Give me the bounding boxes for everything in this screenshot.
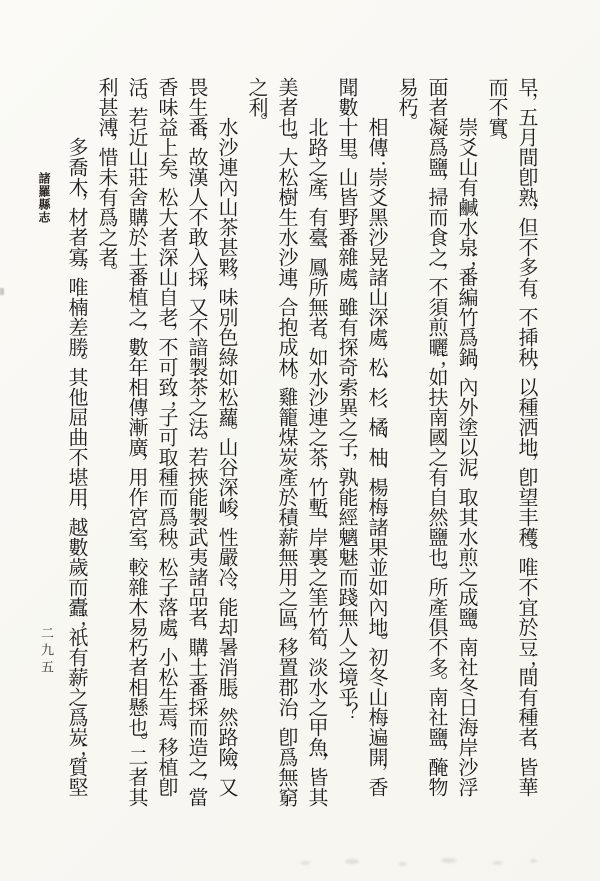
punctuation: ， [305, 642, 329, 662]
punctuation: ， [515, 362, 539, 382]
punctuation: 。 [215, 422, 239, 442]
punctuation: 。 [335, 152, 359, 172]
punctuation: 。 [155, 172, 179, 192]
punctuation: ； [155, 392, 179, 412]
punctuation: ， [305, 752, 329, 772]
punctuation: 。 [425, 672, 449, 692]
punctuation: 、 [305, 242, 329, 262]
punctuation: ， [125, 322, 149, 342]
punctuation: ， [515, 742, 539, 762]
paragraph-6: 多喬木，材者寡，唯楠差勝。其他屈曲不堪用，越數歲而蠹；祇有薪之爲炭；質堅 [62, 77, 92, 807]
punctuation: 。 [455, 622, 479, 642]
book-title: 諸羅縣志 [36, 172, 53, 224]
paragraph-3: 相傳：崇爻黑沙晃諸山深處，松、杉、橘、柚、楊梅諸果並如內地。初冬山梅遍開，香聞數… [332, 77, 392, 807]
punctuation: ： [365, 152, 389, 172]
punctuation: ， [185, 622, 209, 642]
punctuation: ， [95, 132, 119, 152]
paragraph-4: 北路之產，有臺、鳳所無者。如水沙連之茶，竹塹、岸裏之筀竹筍，淡水之甲魚，皆其美者… [242, 77, 332, 807]
punctuation: ， [215, 272, 239, 292]
punctuation: 、 [365, 432, 389, 452]
scan-artifact [398, 862, 407, 866]
punctuation: ， [305, 192, 329, 212]
punctuation: ， [425, 262, 449, 282]
punctuation: ， [515, 202, 539, 222]
punctuation: 、 [365, 462, 389, 482]
punctuation: ， [215, 512, 239, 532]
punctuation: ， [455, 472, 479, 492]
punctuation: ， [125, 542, 149, 562]
punctuation: 。 [425, 562, 449, 582]
punctuation: 。 [275, 132, 299, 152]
punctuation: 。 [155, 542, 179, 562]
punctuation: ， [425, 742, 449, 762]
punctuation: ， [65, 262, 89, 282]
punctuation: ， [365, 762, 389, 782]
punctuation: 。 [185, 432, 209, 452]
punctuation: ， [275, 622, 299, 642]
punctuation: ， [65, 502, 89, 522]
punctuation: ， [185, 772, 209, 792]
punctuation: ？ [335, 702, 359, 722]
punctuation: 。 [395, 112, 419, 132]
paragraph-5: 水沙連內山茶甚夥，味別色綠如松蘿。山谷深峻，性嚴冷，能却暑消脹。然路險，又畏生番… [92, 77, 242, 807]
punctuation: ； [425, 352, 449, 372]
punctuation: ； [65, 742, 89, 762]
punctuation: ， [515, 452, 539, 472]
page-number: 二九五 [36, 626, 55, 677]
paragraph-1: 早，五月間卽熟，但不多有。不揷秧，以種洒地，卽望丰穫。唯不宜於豆；間有種者，皆華… [482, 77, 542, 807]
scan-artifact [345, 859, 359, 864]
punctuation: ， [275, 712, 299, 732]
punctuation: ； [65, 612, 89, 632]
punctuation: ； [515, 652, 539, 672]
scan-artifact [0, 288, 4, 295]
scan-artifact [441, 858, 457, 863]
punctuation: ， [335, 452, 359, 472]
punctuation: 。 [275, 372, 299, 392]
punctuation: ， [365, 342, 389, 362]
punctuation: ， [425, 172, 449, 192]
scan-artifact [530, 859, 537, 863]
punctuation: 。 [515, 542, 539, 562]
punctuation: 。 [245, 112, 269, 132]
scan-artifact [492, 861, 503, 865]
punctuation: 。 [515, 292, 539, 312]
punctuation: ， [155, 632, 179, 652]
punctuation: 。 [215, 692, 239, 712]
book-page: 早，五月間卽熟，但不多有。不揷秧，以種洒地，卽望丰穫。唯不宜於豆；間有種者，皆華… [0, 0, 600, 881]
punctuation: ， [455, 362, 479, 382]
punctuation: 。 [95, 262, 119, 282]
punctuation: ， [185, 282, 209, 302]
punctuation: 、 [365, 402, 389, 422]
punctuation: 。 [65, 352, 89, 372]
punctuation: ， [155, 322, 179, 342]
punctuation: 、 [365, 372, 389, 392]
punctuation: 。 [365, 632, 389, 652]
punctuation: ， [125, 452, 149, 472]
punctuation: ， [275, 282, 299, 302]
punctuation: 。 [485, 132, 509, 152]
punctuation: ， [185, 132, 209, 152]
punctuation: ， [515, 92, 539, 112]
punctuation: 。 [305, 332, 329, 352]
punctuation: 。 [125, 92, 149, 112]
paragraph-2: 崇爻山有鹹水泉；番編竹爲鍋，內外塗以泥，取其水煎之成鹽。南社冬日海岸沙浮面者凝爲… [392, 77, 482, 807]
text-block: 早，五月間卽熟，但不多有。不揷秧，以種洒地，卽望丰穫。唯不宜於豆；間有種者，皆華… [60, 77, 542, 807]
punctuation: 。 [125, 732, 149, 752]
punctuation: ； [455, 252, 479, 272]
punctuation: ， [335, 282, 359, 302]
punctuation: ， [65, 192, 89, 212]
punctuation: ， [155, 722, 179, 742]
punctuation: ， [305, 462, 329, 482]
punctuation: ， [215, 582, 239, 602]
punctuation: ， [215, 762, 239, 782]
scan-artifact [300, 861, 310, 865]
punctuation: 、 [305, 512, 329, 532]
